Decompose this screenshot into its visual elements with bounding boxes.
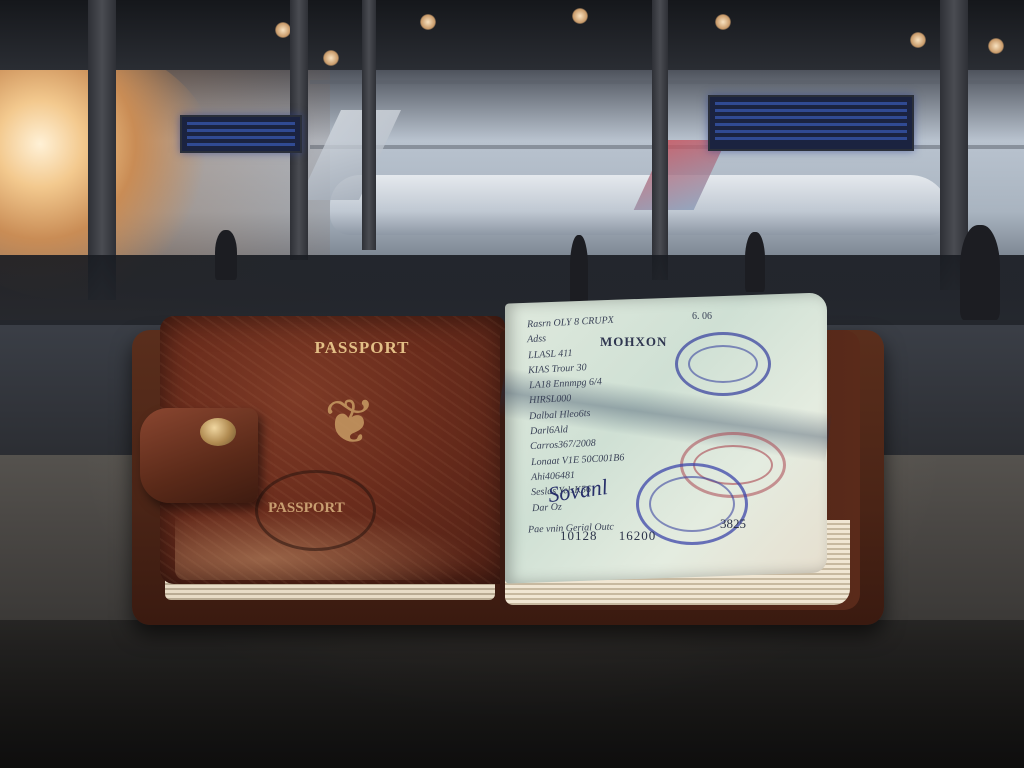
blue-stamp — [675, 332, 771, 396]
ceiling-light — [910, 32, 926, 48]
page-number: 10128 — [560, 528, 598, 543]
pillar — [362, 0, 376, 250]
ceiling — [0, 0, 1024, 70]
eagle-emblem-icon: ❦ — [290, 378, 410, 468]
cover-title: PASSPORT — [292, 338, 432, 358]
cover-subtitle: PASSPORT — [268, 500, 408, 517]
ceiling-light — [275, 22, 291, 38]
ceiling-light — [323, 50, 339, 66]
person-silhouette — [215, 230, 237, 280]
departure-board — [708, 95, 914, 151]
table-shadow — [0, 620, 1024, 768]
ceiling-light — [715, 14, 731, 30]
person-silhouette — [745, 232, 765, 292]
page-number: 16200 — [619, 528, 657, 543]
pillar — [652, 0, 668, 280]
ceiling-light — [420, 14, 436, 30]
page-number-right: 3825 — [720, 516, 746, 532]
page-numbers: 10128 16200 — [560, 528, 656, 544]
snap-button-icon — [200, 418, 236, 446]
person-silhouette — [960, 225, 1000, 320]
person-silhouette — [570, 235, 588, 305]
ceiling-light — [572, 8, 588, 24]
ceiling-light — [988, 38, 1004, 54]
wallet-strap — [140, 408, 258, 503]
airport-scene: PASSPORT ❦ PASSPORT 6. 06 MOHXON Rasrn O… — [0, 0, 1024, 768]
departure-board — [180, 115, 302, 153]
